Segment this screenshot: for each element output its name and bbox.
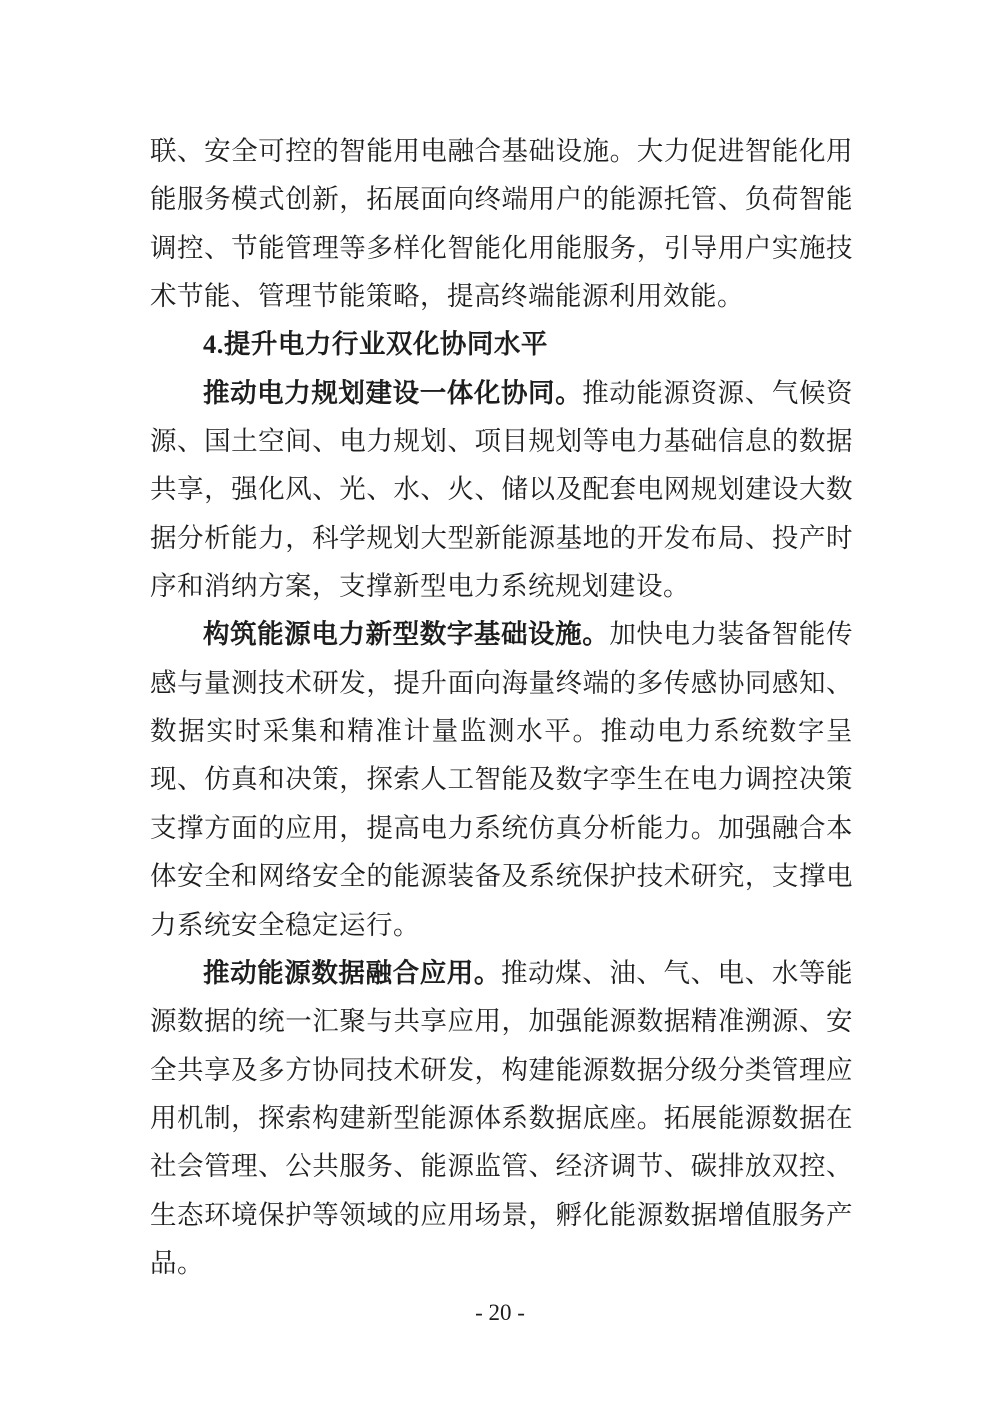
text-line: 调控、节能管理等多样化智能化用能服务，引导用户实施技 — [150, 224, 853, 272]
text-line: 据分析能力，科学规划大型新能源基地的开发布局、投产时 — [150, 514, 853, 562]
text-line: 源、国土空间、电力规划、项目规划等电力基础信息的数据 — [150, 417, 853, 465]
page-number: - 20 - — [0, 1299, 1000, 1327]
text-line: 术节能、管理节能策略，提高终端能源利用效能。 — [150, 272, 853, 320]
document-body: 联、安全可控的智能用电融合基础设施。大力促进智能化用能服务模式创新，拓展面向终端… — [150, 127, 853, 1287]
text-line: 能服务模式创新，拓展面向终端用户的能源托管、负荷智能 — [150, 175, 853, 223]
bold-lead: 推动电力规划建设一体化协同。 — [203, 378, 582, 408]
text-line: 推动能源数据融合应用。推动煤、油、气、电、水等能 — [150, 949, 853, 997]
bold-lead: 构筑能源电力新型数字基础设施。 — [203, 619, 609, 649]
section-heading: 4.提升电力行业双化协同水平 — [150, 320, 853, 368]
text-line: 共享，强化风、光、水、火、储以及配套电网规划建设大数 — [150, 465, 853, 513]
text-line: 支撑方面的应用，提高电力系统仿真分析能力。加强融合本 — [150, 804, 853, 852]
text-line: 源数据的统一汇聚与共享应用，加强能源数据精准溯源、安 — [150, 997, 853, 1045]
text-line: 全共享及多方协同技术研发，构建能源数据分级分类管理应 — [150, 1046, 853, 1094]
text-line: 品。 — [150, 1239, 853, 1287]
text-line: 推动电力规划建设一体化协同。推动能源资源、气候资 — [150, 369, 853, 417]
text-line: 序和消纳方案，支撑新型电力系统规划建设。 — [150, 562, 853, 610]
text-line: 现、仿真和决策，探索人工智能及数字孪生在电力调控决策 — [150, 755, 853, 803]
text-line: 力系统安全稳定运行。 — [150, 901, 853, 949]
text-line: 感与量测技术研发，提升面向海量终端的多传感协同感知、 — [150, 659, 853, 707]
text-line: 生态环境保护等领域的应用场景，孵化能源数据增值服务产 — [150, 1191, 853, 1239]
text-line: 数据实时采集和精准计量监测水平。推动电力系统数字呈 — [150, 707, 853, 755]
text-line: 社会管理、公共服务、能源监管、经济调节、碳排放双控、 — [150, 1142, 853, 1190]
text-line: 联、安全可控的智能用电融合基础设施。大力促进智能化用 — [150, 127, 853, 175]
bold-lead: 推动能源数据融合应用。 — [203, 958, 501, 988]
document-page: 联、安全可控的智能用电融合基础设施。大力促进智能化用能服务模式创新，拓展面向终端… — [0, 0, 1000, 1414]
bold-lead: 4.提升电力行业双化协同水平 — [203, 329, 548, 359]
text-line: 体安全和网络安全的能源装备及系统保护技术研究，支撑电 — [150, 852, 853, 900]
text-line: 构筑能源电力新型数字基础设施。加快电力装备智能传 — [150, 610, 853, 658]
text-line: 用机制，探索构建新型能源体系数据底座。拓展能源数据在 — [150, 1094, 853, 1142]
